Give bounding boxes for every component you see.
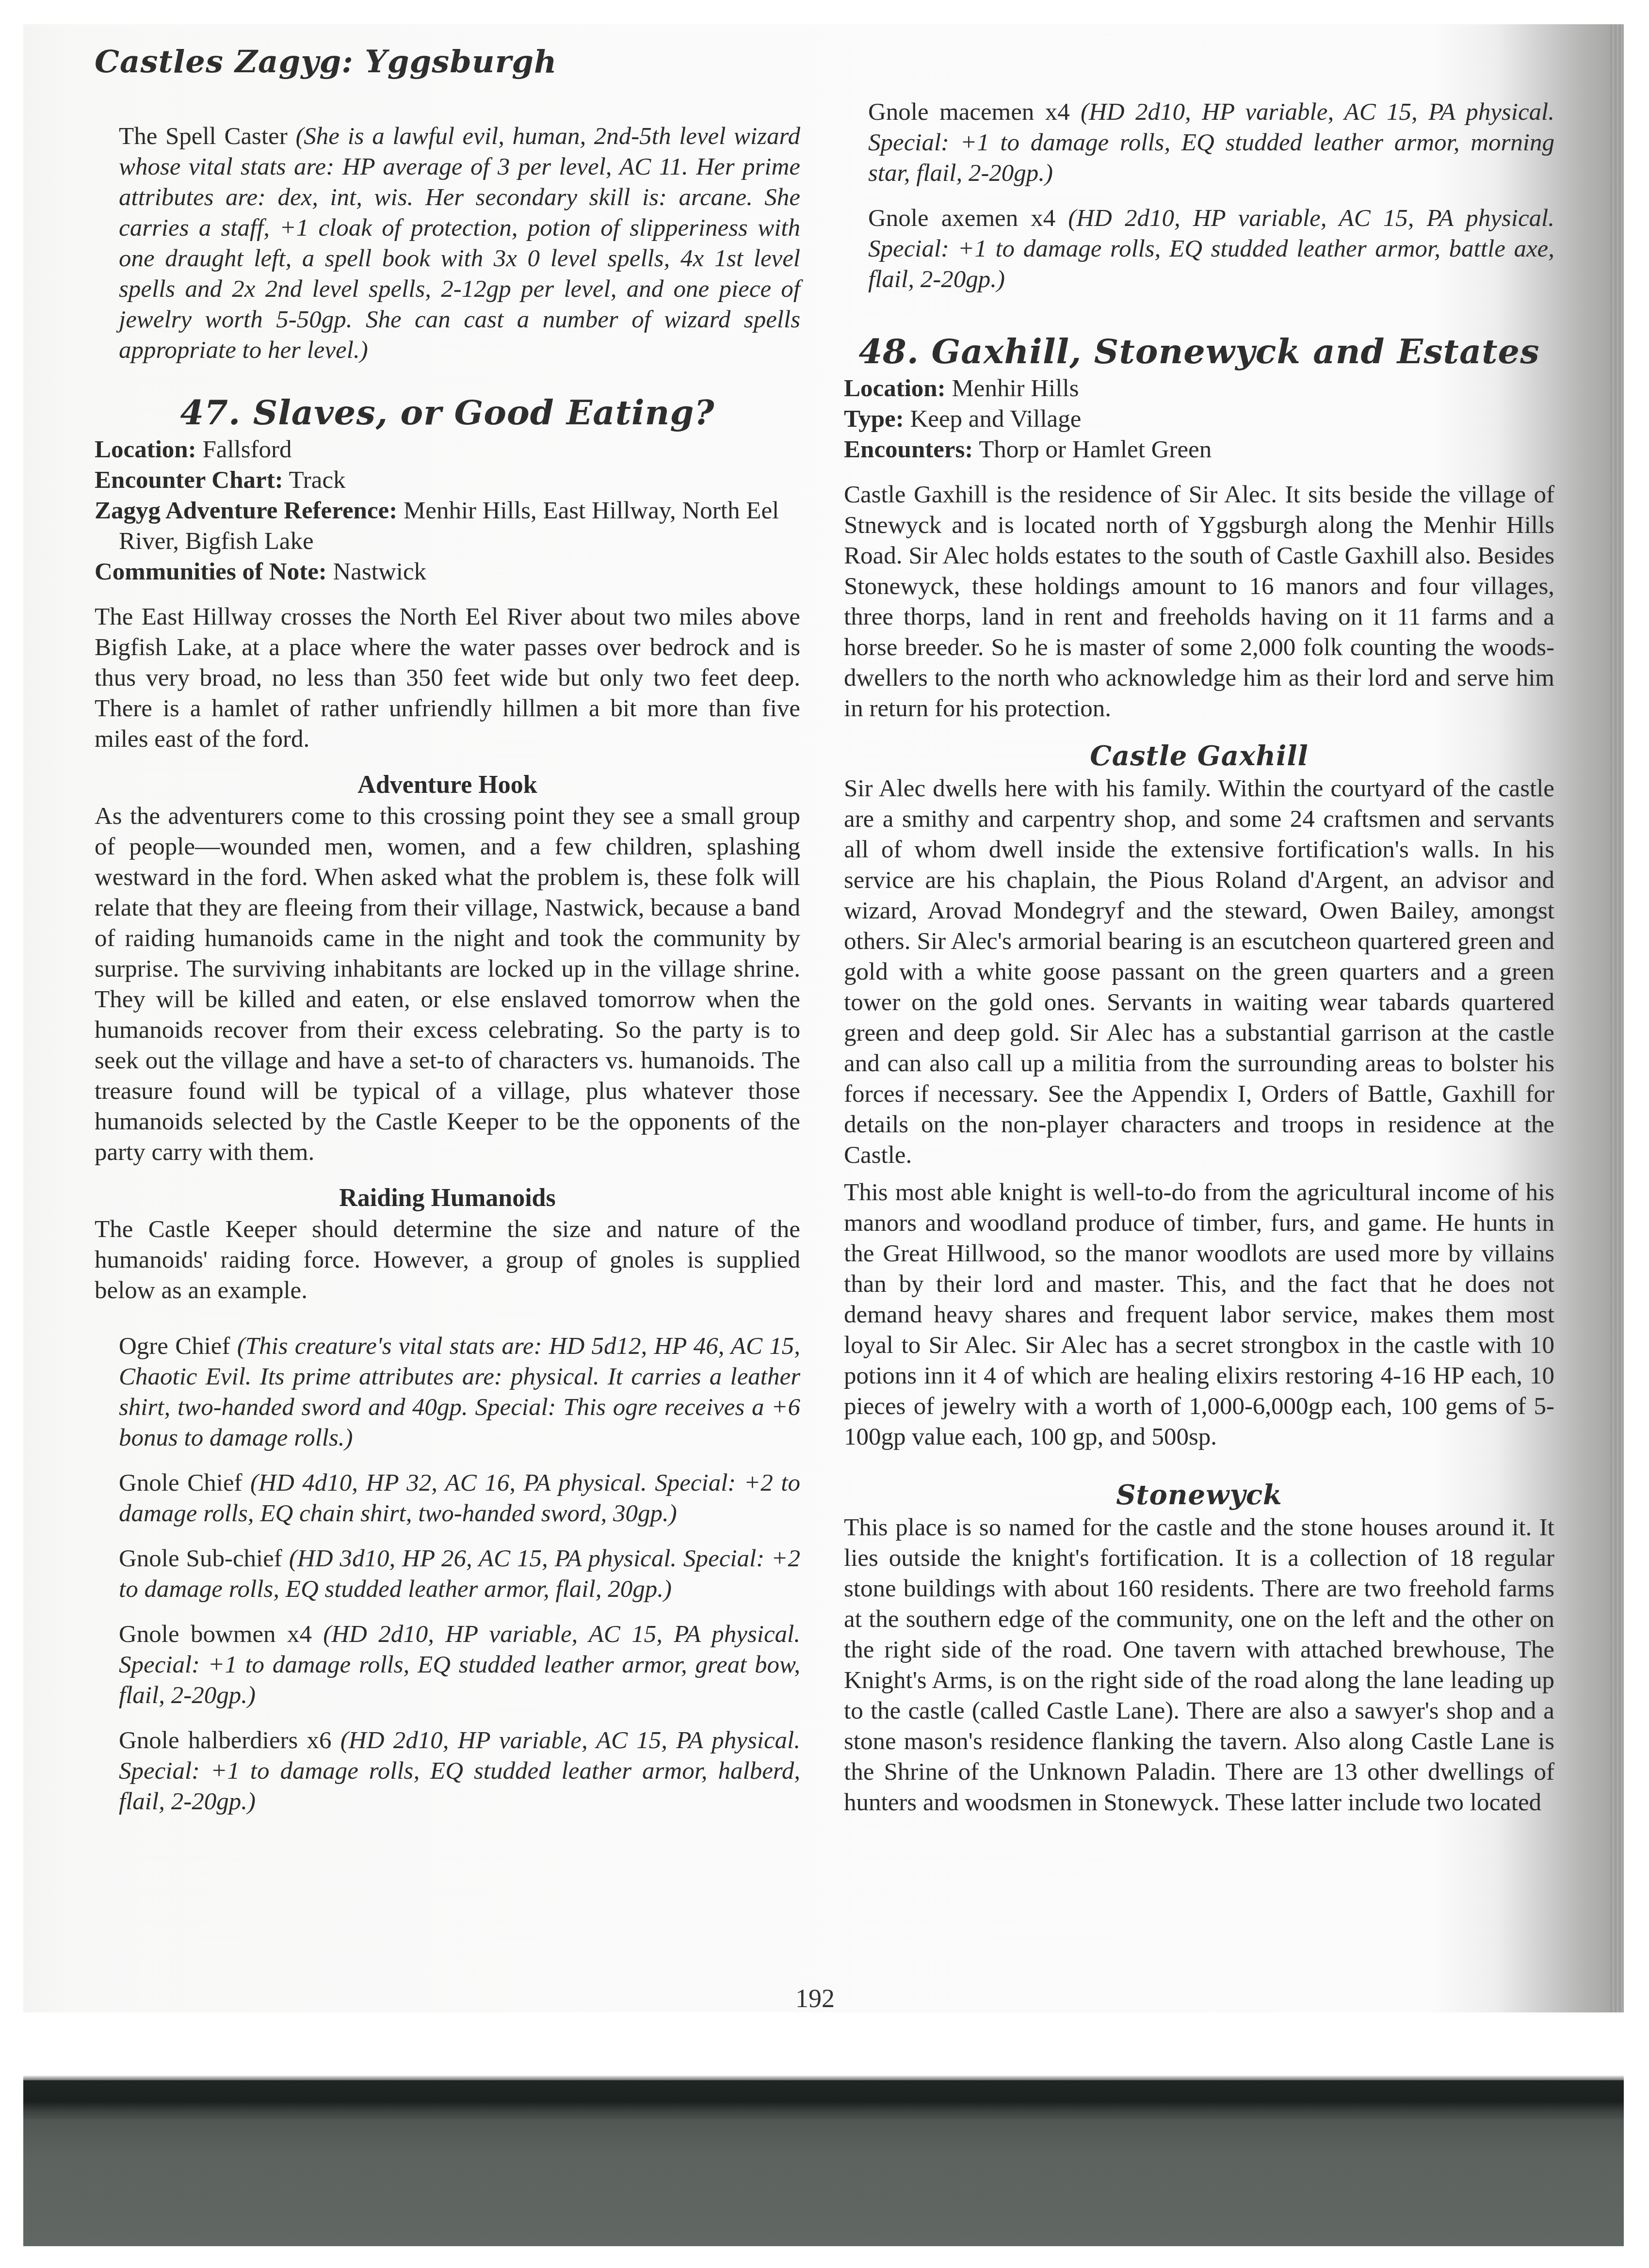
section-48-meta: Location: Menhir Hills Type: Keep and Vi…: [844, 373, 1554, 465]
book-spine-shadow: [1610, 24, 1624, 2012]
meta-communities: Communities of Note: Nastwick: [95, 557, 800, 587]
page-bottom-edge: [23, 2075, 1624, 2080]
creature-name: Ogre Chief: [119, 1333, 230, 1360]
adventure-hook-heading: Adventure Hook: [95, 769, 800, 801]
scanner-band-dark: [23, 2080, 1624, 2119]
stonewyck-heading: Stonewyck: [844, 1478, 1554, 1512]
creature-entry: Ogre Chief (This creature's vital stats …: [95, 1331, 800, 1453]
page-number: 192: [795, 1983, 835, 2013]
creature-entry: Gnole axemen x4 (HD 2d10, HP variable, A…: [844, 203, 1554, 295]
raiding-humanoids-text: The Castle Keeper should determine the s…: [95, 1214, 800, 1306]
creature-entry: Gnole macemen x4 (HD 2d10, HP variable, …: [844, 97, 1554, 189]
meta-encounters: Encounters: Thorp or Hamlet Green: [844, 434, 1554, 465]
left-column: The Spell Caster (She is a lawful evil, …: [95, 121, 800, 1817]
creature-entry: Gnole halberdiers x6 (HD 2d10, HP variab…: [95, 1725, 800, 1817]
creature-entry: Gnole Chief (HD 4d10, HP 32, AC 16, PA p…: [95, 1468, 800, 1529]
section-48-title: 48. Gaxhill, Stonewyck and Estates: [844, 330, 1554, 373]
raiding-humanoids-heading: Raiding Humanoids: [95, 1182, 800, 1214]
creature-name: Gnole Chief: [119, 1469, 242, 1496]
creature-name: Gnole bowmen x4: [119, 1621, 312, 1648]
creature-entry: Gnole bowmen x4 (HD 2d10, HP variable, A…: [95, 1619, 800, 1711]
creature-name: Gnole halberdiers x6: [119, 1727, 332, 1754]
creature-entry: Gnole Sub-chief (HD 3d10, HP 26, AC 15, …: [95, 1544, 800, 1605]
meta-location: Location: Menhir Hills: [844, 373, 1554, 404]
castle-gaxhill-heading: Castle Gaxhill: [844, 739, 1554, 773]
stonewyck-text: This place is so named for the castle an…: [844, 1512, 1554, 1818]
section-47-intro: The East Hillway crosses the North Eel R…: [95, 602, 800, 755]
meta-encounter-chart: Encounter Chart: Track: [95, 465, 800, 496]
adventure-hook-text: As the adventurers come to this crossing…: [95, 801, 800, 1168]
meta-location: Location: Fallsford: [95, 434, 800, 465]
creature-name: Gnole macemen x4: [868, 98, 1070, 126]
section-48-intro: Castle Gaxhill is the residence of Sir A…: [844, 480, 1554, 724]
right-column: Gnole macemen x4 (HD 2d10, HP variable, …: [844, 97, 1554, 1818]
meta-adventure-reference: Zagyg Adventure Reference: Menhir Hills,…: [95, 496, 800, 557]
creature-name: Gnole Sub-chief: [119, 1545, 282, 1572]
section-47-meta: Location: Fallsford Encounter Chart: Tra…: [95, 434, 800, 587]
section-47-title: 47. Slaves, or Good Eating?: [95, 391, 800, 434]
spell-caster-entry: The Spell Caster (She is a lawful evil, …: [95, 121, 800, 366]
running-head: Castles Zagyg: Yggsburgh: [95, 44, 557, 80]
scanner-band-gray: [23, 2119, 1624, 2246]
creature-name: Gnole axemen x4: [868, 205, 1055, 232]
castle-gaxhill-paragraph-2: This most able knight is well-to-do from…: [844, 1177, 1554, 1452]
creature-name: The Spell Caster: [119, 123, 288, 150]
creature-stats: (She is a lawful evil, human, 2nd-5th le…: [119, 123, 800, 364]
meta-type: Type: Keep and Village: [844, 404, 1554, 434]
castle-gaxhill-paragraph-1: Sir Alec dwells here with his family. Wi…: [844, 773, 1554, 1171]
